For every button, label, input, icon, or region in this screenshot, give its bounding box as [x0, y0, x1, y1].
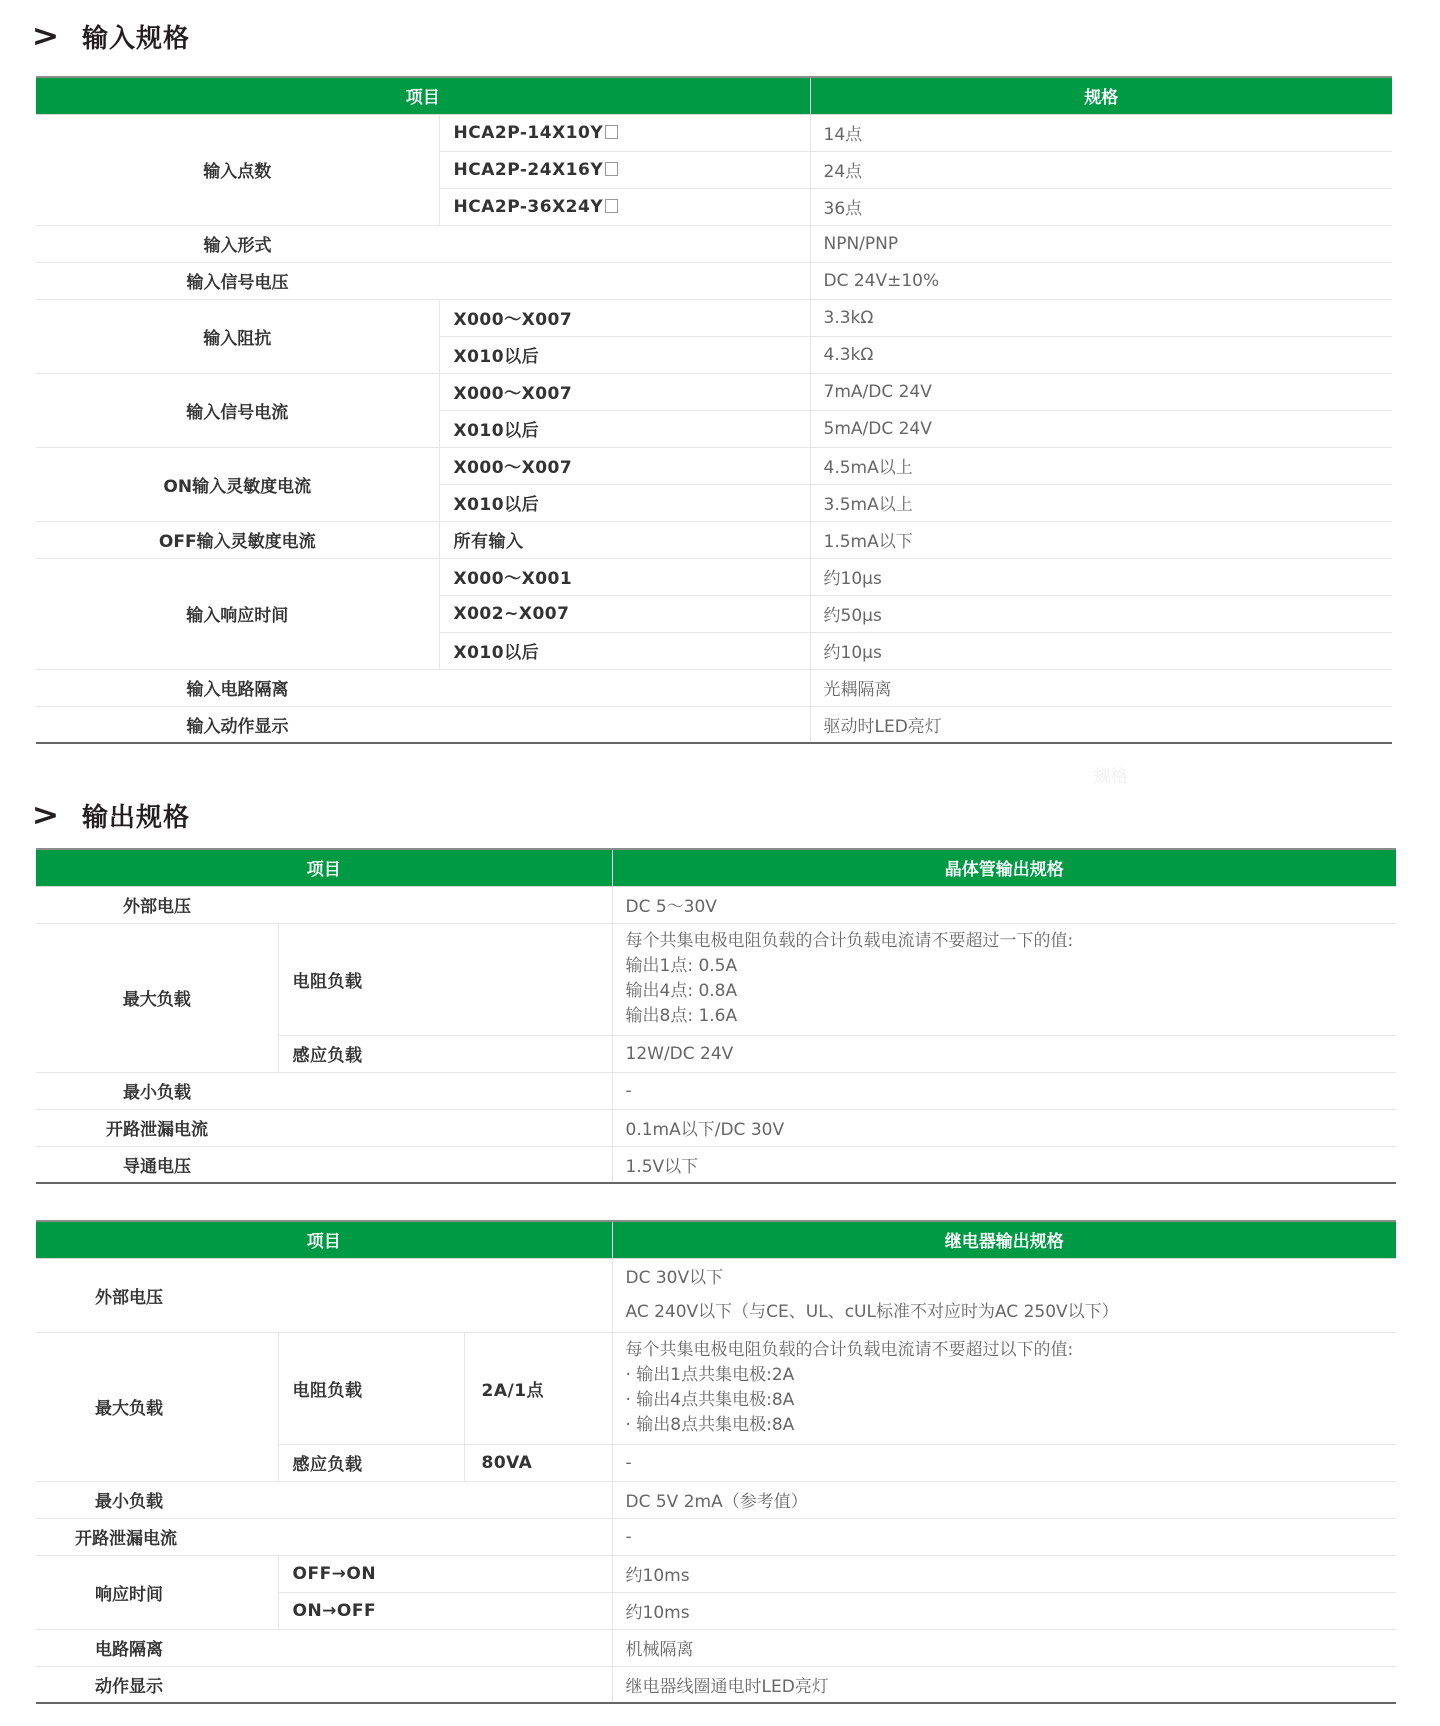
row-label: 开路泄漏电流: [36, 1109, 278, 1146]
row-value: 36点: [810, 188, 1392, 225]
row-label: OFF输入灵敏度电流: [36, 521, 439, 558]
row-label: 最大负载: [36, 923, 278, 1072]
row-value: 约10ms: [612, 1555, 1396, 1592]
row-label: ON输入灵敏度电流: [36, 447, 439, 521]
header-spec: 晶体管输出规格: [612, 849, 1396, 886]
section-title: 输出规格: [82, 797, 190, 834]
row-label: 最大负载: [36, 1332, 278, 1481]
row-value: 7mA/DC 24V: [810, 373, 1392, 410]
row-label: 开路泄漏电流: [36, 1518, 278, 1555]
empty-cell: [278, 1258, 612, 1332]
row-value: 24点: [810, 151, 1392, 188]
input-spec-heading: > 输入规格: [34, 16, 190, 56]
row-label: 输入响应时间: [36, 558, 439, 669]
row-sub: OFF→ON: [278, 1555, 612, 1592]
table-row: 输入阻抗 X000～X007 3.3kΩ: [36, 299, 1392, 336]
value-line: DC 30V以下: [626, 1261, 1397, 1295]
table-row: 最小负载 -: [36, 1072, 1396, 1109]
row-label: 输入信号电压: [36, 262, 439, 299]
row-label: 输入电路隔离: [36, 669, 439, 706]
row-sub: X010以后: [439, 410, 810, 447]
empty-cell: [278, 1629, 612, 1666]
row-value: 约50μs: [810, 595, 1392, 632]
row-sub: X002~X007: [439, 595, 810, 632]
table-row: 输入信号电流 X000～X007 7mA/DC 24V: [36, 373, 1392, 410]
table-row: 输入形式 NPN/PNP: [36, 225, 1392, 262]
row-label: 响应时间: [36, 1555, 278, 1629]
row-value: DC 5～30V: [612, 886, 1396, 923]
row-sub: 感应负载: [278, 1035, 612, 1072]
row-value: 每个共集电极电阻负载的合计负载电流请不要超过以下的值: · 输出1点共集电极:2…: [612, 1332, 1396, 1444]
row-value: 14点: [810, 114, 1392, 151]
row-sub: 感应负载: [278, 1444, 464, 1481]
row-label: 外部电压: [36, 886, 278, 923]
row-value: 光耦隔离: [810, 669, 1392, 706]
row-value: 约10μs: [810, 558, 1392, 595]
empty-cell: [439, 706, 810, 743]
transistor-output-table: 项目 晶体管输出规格 外部电压 DC 5～30V 最大负载 电阻负载 每个共集电…: [36, 848, 1396, 1184]
row-label: 输入点数: [36, 114, 439, 225]
row-sub: X010以后: [439, 484, 810, 521]
chevron-right-icon: >: [32, 798, 85, 833]
row-label: 外部电压: [36, 1258, 278, 1332]
value-line: · 输出1点共集电极:2A: [626, 1363, 1397, 1388]
ghost-text: 规格: [1094, 762, 1128, 787]
empty-cell: [278, 886, 612, 923]
input-spec-table: 项目 规格 输入点数 HCA2P-14X10Y 14点 HCA2P-24X16Y…: [36, 76, 1392, 744]
model-name: HCA2P-24X16Y: [454, 160, 604, 180]
row-label: 最小负载: [36, 1481, 278, 1518]
row-value: 4.3kΩ: [810, 336, 1392, 373]
table-row: 响应时间 OFF→ON 约10ms: [36, 1555, 1396, 1592]
empty-cell: [278, 1109, 612, 1146]
table-header: 项目 晶体管输出规格: [36, 849, 1396, 886]
row-value: 5mA/DC 24V: [810, 410, 1392, 447]
empty-cell: [278, 1072, 612, 1109]
row-sub: X010以后: [439, 632, 810, 669]
table-header: 项目 继电器输出规格: [36, 1221, 1396, 1258]
table-row: 动作显示 继电器线圈通电时LED亮灯: [36, 1666, 1396, 1703]
row-sub: HCA2P-14X10Y: [439, 114, 810, 151]
value-line: 每个共集电极电阻负载的合计负载电流请不要超过一下的值:: [626, 929, 1397, 954]
table-row: 输入响应时间 X000～X001 约10μs: [36, 558, 1392, 595]
table-row: OFF输入灵敏度电流 所有输入 1.5mA以下: [36, 521, 1392, 558]
model-name: HCA2P-36X24Y: [454, 197, 604, 217]
value-line: 输出8点: 1.6A: [626, 1004, 1397, 1029]
header-spec: 规格: [810, 77, 1392, 114]
output-spec-heading: > 输出规格: [34, 795, 190, 835]
empty-cell: [439, 262, 810, 299]
row-sub: X000～X007: [439, 299, 810, 336]
row-value: DC 30V以下 AC 240V以下（与CE、UL、cUL标准不对应时为AC 2…: [612, 1258, 1396, 1332]
table-row: 输入动作显示 驱动时LED亮灯: [36, 706, 1392, 743]
table-row: 最大负载 电阻负载 2A/1点 每个共集电极电阻负载的合计负载电流请不要超过以下…: [36, 1332, 1396, 1444]
row-value: 机械隔离: [612, 1629, 1396, 1666]
row-label: 输入形式: [36, 225, 439, 262]
row-value: 1.5V以下: [612, 1146, 1396, 1183]
row-value: 4.5mA以上: [810, 447, 1392, 484]
row-value: 12W/DC 24V: [612, 1035, 1396, 1072]
row-sub: 所有输入: [439, 521, 810, 558]
chevron-right-icon: >: [32, 19, 85, 54]
value-line: · 输出8点共集电极:8A: [626, 1413, 1397, 1438]
row-sub: 电阻负载: [278, 923, 612, 1035]
row-label: 电路隔离: [36, 1629, 278, 1666]
header-spec: 继电器输出规格: [612, 1221, 1396, 1258]
table-header: 项目 规格: [36, 77, 1392, 114]
value-line: 每个共集电极电阻负载的合计负载电流请不要超过以下的值:: [626, 1338, 1397, 1363]
row-value: 继电器线圈通电时LED亮灯: [612, 1666, 1396, 1703]
table-row: 外部电压 DC 30V以下 AC 240V以下（与CE、UL、cUL标准不对应时…: [36, 1258, 1396, 1332]
row-value: 约10μs: [810, 632, 1392, 669]
empty-cell: [278, 1146, 612, 1183]
row-value: DC 5V 2mA（参考值）: [612, 1481, 1396, 1518]
row-sub: X010以后: [439, 336, 810, 373]
checkbox-square-icon: [605, 199, 618, 213]
row-value: 驱动时LED亮灯: [810, 706, 1392, 743]
header-item: 项目: [36, 1221, 612, 1258]
table-row: 外部电压 DC 5～30V: [36, 886, 1396, 923]
header-item: 项目: [36, 77, 810, 114]
table-row: 电路隔离 机械隔离: [36, 1629, 1396, 1666]
row-sub: HCA2P-24X16Y: [439, 151, 810, 188]
row-value: 0.1mA以下/DC 30V: [612, 1109, 1396, 1146]
header-item: 项目: [36, 849, 612, 886]
row-value: 3.3kΩ: [810, 299, 1392, 336]
checkbox-square-icon: [605, 125, 618, 139]
row-label: 动作显示: [36, 1666, 278, 1703]
checkbox-square-icon: [605, 162, 618, 176]
row-sub: 电阻负载: [278, 1332, 464, 1444]
row-sub: ON→OFF: [278, 1592, 612, 1629]
row-value: -: [612, 1518, 1396, 1555]
table-row: 最大负载 电阻负载 每个共集电极电阻负载的合计负载电流请不要超过一下的值: 输出…: [36, 923, 1396, 1035]
row-value: -: [612, 1444, 1396, 1481]
row-value: DC 24V±10%: [810, 262, 1392, 299]
table-row: ON输入灵敏度电流 X000～X007 4.5mA以上: [36, 447, 1392, 484]
row-label: 导通电压: [36, 1146, 278, 1183]
row-sub: HCA2P-36X24Y: [439, 188, 810, 225]
model-name: HCA2P-14X10Y: [454, 123, 604, 143]
table-row: 输入电路隔离 光耦隔离: [36, 669, 1392, 706]
empty-cell: [278, 1518, 612, 1555]
row-value: 1.5mA以下: [810, 521, 1392, 558]
table-row: 最小负载 DC 5V 2mA（参考值）: [36, 1481, 1396, 1518]
section-title: 输入规格: [82, 18, 190, 55]
empty-cell: [439, 225, 810, 262]
row-value: -: [612, 1072, 1396, 1109]
table-row: 输入点数 HCA2P-14X10Y 14点: [36, 114, 1392, 151]
row-sub: X000～X007: [439, 373, 810, 410]
row-value: 每个共集电极电阻负载的合计负载电流请不要超过一下的值: 输出1点: 0.5A 输…: [612, 923, 1396, 1035]
row-label: 输入动作显示: [36, 706, 439, 743]
value-line: AC 240V以下（与CE、UL、cUL标准不对应时为AC 250V以下）: [626, 1295, 1397, 1329]
table-row: 开路泄漏电流 -: [36, 1518, 1396, 1555]
row-value: 约10ms: [612, 1592, 1396, 1629]
value-line: 输出4点: 0.8A: [626, 979, 1397, 1004]
value-line: · 输出4点共集电极:8A: [626, 1388, 1397, 1413]
row-sub2: 80VA: [464, 1444, 612, 1481]
table-row: 输入信号电压 DC 24V±10%: [36, 262, 1392, 299]
table-row: 导通电压 1.5V以下: [36, 1146, 1396, 1183]
row-sub2: 2A/1点: [464, 1332, 612, 1444]
table-row: 开路泄漏电流 0.1mA以下/DC 30V: [36, 1109, 1396, 1146]
row-label: 输入信号电流: [36, 373, 439, 447]
row-label: 最小负载: [36, 1072, 278, 1109]
row-value: NPN/PNP: [810, 225, 1392, 262]
relay-output-table: 项目 继电器输出规格 外部电压 DC 30V以下 AC 240V以下（与CE、U…: [36, 1220, 1396, 1704]
row-sub: X000～X007: [439, 447, 810, 484]
empty-cell: [278, 1481, 612, 1518]
row-label: 输入阻抗: [36, 299, 439, 373]
value-line: 输出1点: 0.5A: [626, 954, 1397, 979]
row-value: 3.5mA以上: [810, 484, 1392, 521]
row-sub: X000～X001: [439, 558, 810, 595]
empty-cell: [439, 669, 810, 706]
empty-cell: [278, 1666, 612, 1703]
